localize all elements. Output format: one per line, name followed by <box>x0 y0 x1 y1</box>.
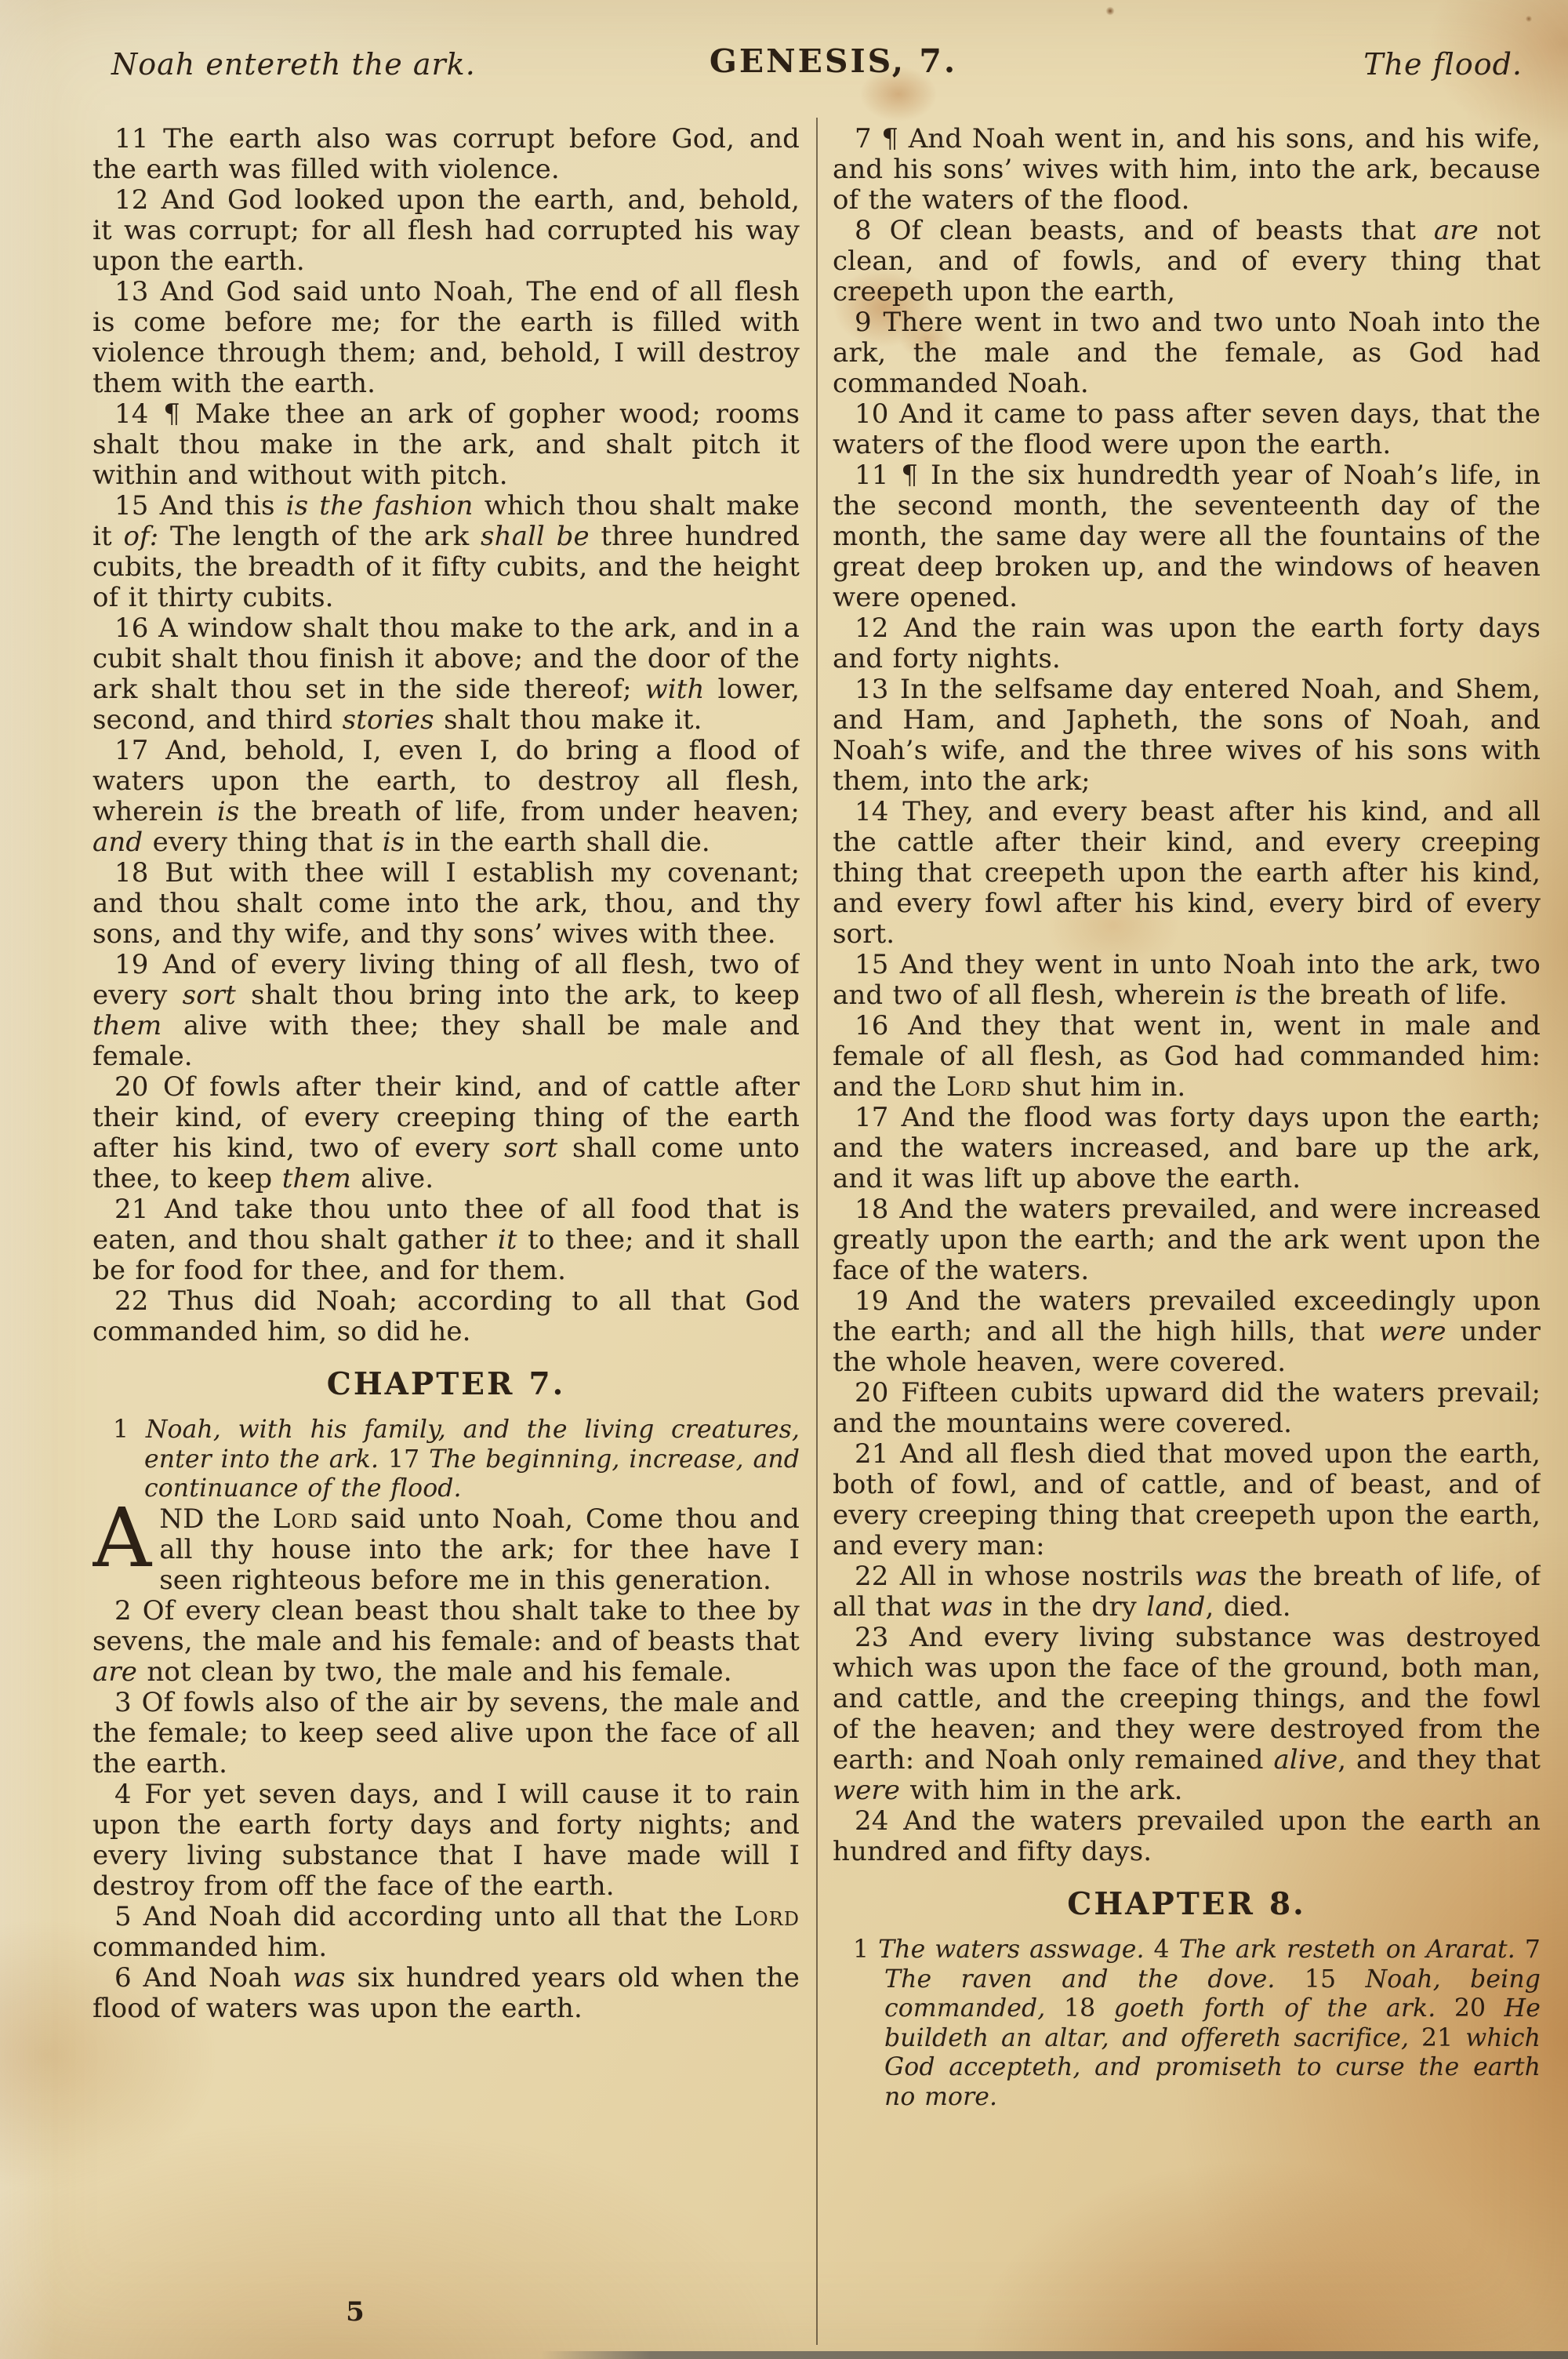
verse: 20 Fifteen cubits upward did the waters … <box>833 1378 1541 1439</box>
italic-supplied-word: shall be <box>481 521 590 552</box>
verse-text: 20 <box>1454 1994 1504 2023</box>
verse: 20 Of fowls after their kind, and of cat… <box>93 1072 800 1194</box>
italic-supplied-word: The waters asswage. <box>878 1936 1153 1964</box>
verse: 2 Of every clean beast thou shalt take t… <box>93 1596 800 1688</box>
verse-text: alive. <box>351 1163 434 1194</box>
italic-supplied-word: The ark resteth on Ararat. <box>1179 1936 1525 1964</box>
verse: 23 And every living substance was destro… <box>833 1623 1541 1806</box>
text-column-left: 11 The earth also was corrupt before God… <box>93 124 800 2320</box>
verse: 18 And the waters prevailed, and were in… <box>833 1194 1541 1286</box>
verse: 16 And they that went in, went in male a… <box>833 1011 1541 1103</box>
verse: 10 And it came to pass after seven days,… <box>833 399 1541 460</box>
italic-supplied-word: was <box>292 1962 345 1994</box>
verse-text: 18 <box>1064 1994 1114 2023</box>
chapter-heading: CHAPTER 8. <box>833 1889 1541 1920</box>
verse: 22 Thus did Noah; according to all that … <box>93 1286 800 1347</box>
verse: 7 ¶ And Noah went in, and his sons, and … <box>833 124 1541 216</box>
verse-text: The length of the ark <box>158 521 481 552</box>
italic-supplied-word: The raven and the dove. <box>884 1965 1305 1994</box>
verse: 12 And the rain was upon the earth forty… <box>833 613 1541 674</box>
verse-text: with him in the ark. <box>900 1775 1183 1806</box>
verse-text: 18 But with thee will I establish my cov… <box>93 857 800 950</box>
verse-text: alive with thee; they shall be male and … <box>93 1010 800 1072</box>
verse-text: ND the <box>159 1503 273 1535</box>
verse-text: 14 ¶ Make thee an ark of gopher wood; ro… <box>93 398 800 491</box>
italic-supplied-word: with <box>645 674 705 705</box>
verse-text: shalt thou make it. <box>434 704 702 736</box>
verse-text: 11 ¶ In the six hundredth year of Noah’s… <box>833 460 1541 613</box>
italic-supplied-word: was <box>940 1591 993 1623</box>
verse: 24 And the waters prevailed upon the ear… <box>833 1806 1541 1867</box>
italic-supplied-word: them <box>282 1163 351 1194</box>
verse: 11 The earth also was corrupt before God… <box>93 124 800 185</box>
verse: 21 And all flesh died that moved upon th… <box>833 1439 1541 1561</box>
photo-bottom-edge <box>541 2351 1568 2359</box>
bible-page-scan: Noah entereth the ark. GENESIS, 7. The f… <box>0 0 1568 2359</box>
verse-text: 12 And God looked upon the earth, and, b… <box>93 184 800 277</box>
verse-text: 21 <box>1421 2024 1465 2052</box>
verse-text: 14 They, and every beast after his kind,… <box>833 796 1541 950</box>
verse: 4 For yet seven days, and I will cause i… <box>93 1779 800 1902</box>
verse-text: 13 And God said unto Noah, The end of al… <box>93 276 800 399</box>
verse-text: 18 And the waters prevailed, and were in… <box>833 1194 1541 1286</box>
italic-supplied-word: are <box>93 1656 137 1688</box>
verse-text: 21 And all flesh died that moved upon th… <box>833 1438 1541 1561</box>
italic-supplied-word: goeth forth of the ark. <box>1114 1994 1454 2023</box>
verse: 19 And of every living thing of all fles… <box>93 950 800 1072</box>
verse: 18 But with thee will I establish my cov… <box>93 858 800 950</box>
verse: 9 There went in two and two unto Noah in… <box>833 307 1541 399</box>
verse: 17 And, behold, I, even I, do bring a fl… <box>93 736 800 858</box>
verse-text: 17 And the flood was forty days upon the… <box>833 1102 1541 1194</box>
small-caps-lord: Lord <box>946 1071 1012 1103</box>
verse-text: 15 And this <box>114 490 286 522</box>
verse-text: 15 <box>1305 1965 1366 1994</box>
chapter-heading: CHAPTER 7. <box>93 1369 800 1400</box>
page-number: 5 <box>336 2296 375 2328</box>
italic-supplied-word: were <box>833 1775 900 1806</box>
verse-text: 13 In the selfsame day entered Noah, and… <box>833 674 1541 797</box>
verse-text: 11 The earth also was corrupt before God… <box>93 124 800 185</box>
verse-text: 17 <box>388 1445 429 1474</box>
running-head-center: GENESIS, 7. <box>710 42 957 80</box>
verse: 19 And the waters prevailed exceedingly … <box>833 1286 1541 1378</box>
verse: 14 ¶ Make thee an ark of gopher wood; ro… <box>93 399 800 491</box>
verse-text: shut him in. <box>1012 1071 1186 1103</box>
verse: 21 And take thou unto thee of all food t… <box>93 1194 800 1286</box>
verse-text: 8 Of clean beasts, and of beasts that <box>855 215 1434 246</box>
verse-text: 24 And the waters prevailed upon the ear… <box>833 1805 1541 1867</box>
verse: 15 And this is the fashion which thou sh… <box>93 491 800 613</box>
verse-text: 6 And Noah <box>114 1962 292 1994</box>
verse-text: shalt thou bring into the ark, to keep <box>236 980 800 1011</box>
verse-text: 1 <box>113 1416 146 1444</box>
verse-text: 1 <box>853 1936 878 1964</box>
verse-text: 7 <box>1525 1936 1541 1964</box>
verse-text: 2 Of every clean beast thou shalt take t… <box>93 1595 800 1657</box>
verse-text: 3 Of fowls also of the air by sevens, th… <box>93 1687 800 1779</box>
column-divider <box>816 118 818 2345</box>
verse: 8 Of clean beasts, and of beasts that ar… <box>833 216 1541 307</box>
page-header: Noah entereth the ark. GENESIS, 7. The f… <box>0 42 1568 99</box>
italic-supplied-word: is <box>217 796 240 827</box>
verse-text: 5 And Noah did according unto all that t… <box>114 1901 734 1932</box>
running-head-right: The flood. <box>1363 47 1523 82</box>
chapter-summary: 1 The waters asswage. 4 The ark resteth … <box>833 1936 1541 2112</box>
verse-text: 16 And they that went in, went in male a… <box>833 1010 1541 1103</box>
small-caps-lord: Lord <box>734 1901 800 1932</box>
italic-supplied-word: sort <box>504 1132 557 1164</box>
verse-text: 22 Thus did Noah; according to all that … <box>93 1285 800 1347</box>
verse-text: 12 And the rain was upon the earth forty… <box>833 612 1541 674</box>
verse: 11 ¶ In the six hundredth year of Noah’s… <box>833 460 1541 613</box>
verse-text: 9 There went in two and two unto Noah in… <box>833 307 1541 399</box>
italic-supplied-word: is <box>383 827 405 858</box>
verse-text: in the dry <box>993 1591 1146 1623</box>
italic-supplied-word: alive <box>1273 1744 1338 1776</box>
verse-text: 4 <box>1154 1936 1179 1964</box>
verse-text: 4 For yet seven days, and I will cause i… <box>93 1779 800 1902</box>
verse-text: , and they that <box>1338 1744 1541 1776</box>
verse-text: 22 All in whose nostrils <box>855 1561 1195 1592</box>
italic-supplied-word: of: <box>123 521 158 552</box>
verse-text: not clean by two, the male and his femal… <box>137 1656 732 1688</box>
italic-supplied-word: was <box>1195 1561 1247 1592</box>
italic-supplied-word: stories <box>343 704 434 736</box>
verse-text: the breath of life. <box>1258 980 1508 1011</box>
verse: AND the Lord said unto Noah, Come thou a… <box>93 1504 800 1596</box>
italic-supplied-word: and <box>93 827 143 858</box>
running-head-left: Noah entereth the ark. <box>111 47 476 82</box>
verse-text: in the earth shall die. <box>405 827 710 858</box>
italic-supplied-word: sort <box>183 980 236 1011</box>
italic-supplied-word: them <box>93 1010 162 1041</box>
verse: 15 And they went in unto Noah into the a… <box>833 950 1541 1011</box>
verse-text: , died. <box>1205 1591 1290 1623</box>
verse: 14 They, and every beast after his kind,… <box>833 797 1541 950</box>
verse-text: commanded him. <box>93 1932 327 1963</box>
verse: 6 And Noah was six hundred years old whe… <box>93 1963 800 2024</box>
verse-text: 10 And it came to pass after seven days,… <box>833 398 1541 460</box>
italic-supplied-word: it <box>498 1224 517 1256</box>
verse: 13 And God said unto Noah, The end of al… <box>93 277 800 399</box>
verse: 13 In the selfsame day entered Noah, and… <box>833 674 1541 797</box>
verse: 16 A window shalt thou make to the ark, … <box>93 613 800 736</box>
italic-supplied-word: is the fashion <box>286 490 474 522</box>
verse-text: the breath of life, from under heaven; <box>239 796 800 827</box>
verse-text: 20 Fifteen cubits upward did the waters … <box>833 1377 1541 1439</box>
verse-text: 7 ¶ And Noah went in, and his sons, and … <box>833 124 1541 216</box>
verse: 5 And Noah did according unto all that t… <box>93 1902 800 1963</box>
italic-supplied-word: land <box>1146 1591 1205 1623</box>
verse: 12 And God looked upon the earth, and, b… <box>93 185 800 277</box>
italic-supplied-word: is <box>1235 980 1258 1011</box>
small-caps-lord: Lord <box>273 1503 339 1535</box>
italic-supplied-word: were <box>1379 1316 1446 1347</box>
chapter-summary: 1 Noah, with his family, and the living … <box>93 1416 800 1504</box>
italic-supplied-word: are <box>1434 215 1479 246</box>
verse-text: every thing that <box>143 827 383 858</box>
verse: 17 And the flood was forty days upon the… <box>833 1103 1541 1194</box>
verse: 3 Of fowls also of the air by sevens, th… <box>93 1688 800 1779</box>
text-column-right: 7 ¶ And Noah went in, and his sons, and … <box>833 124 1541 2320</box>
verse: 22 All in whose nostrils was the breath … <box>833 1561 1541 1623</box>
drop-cap: A <box>93 1508 151 1568</box>
